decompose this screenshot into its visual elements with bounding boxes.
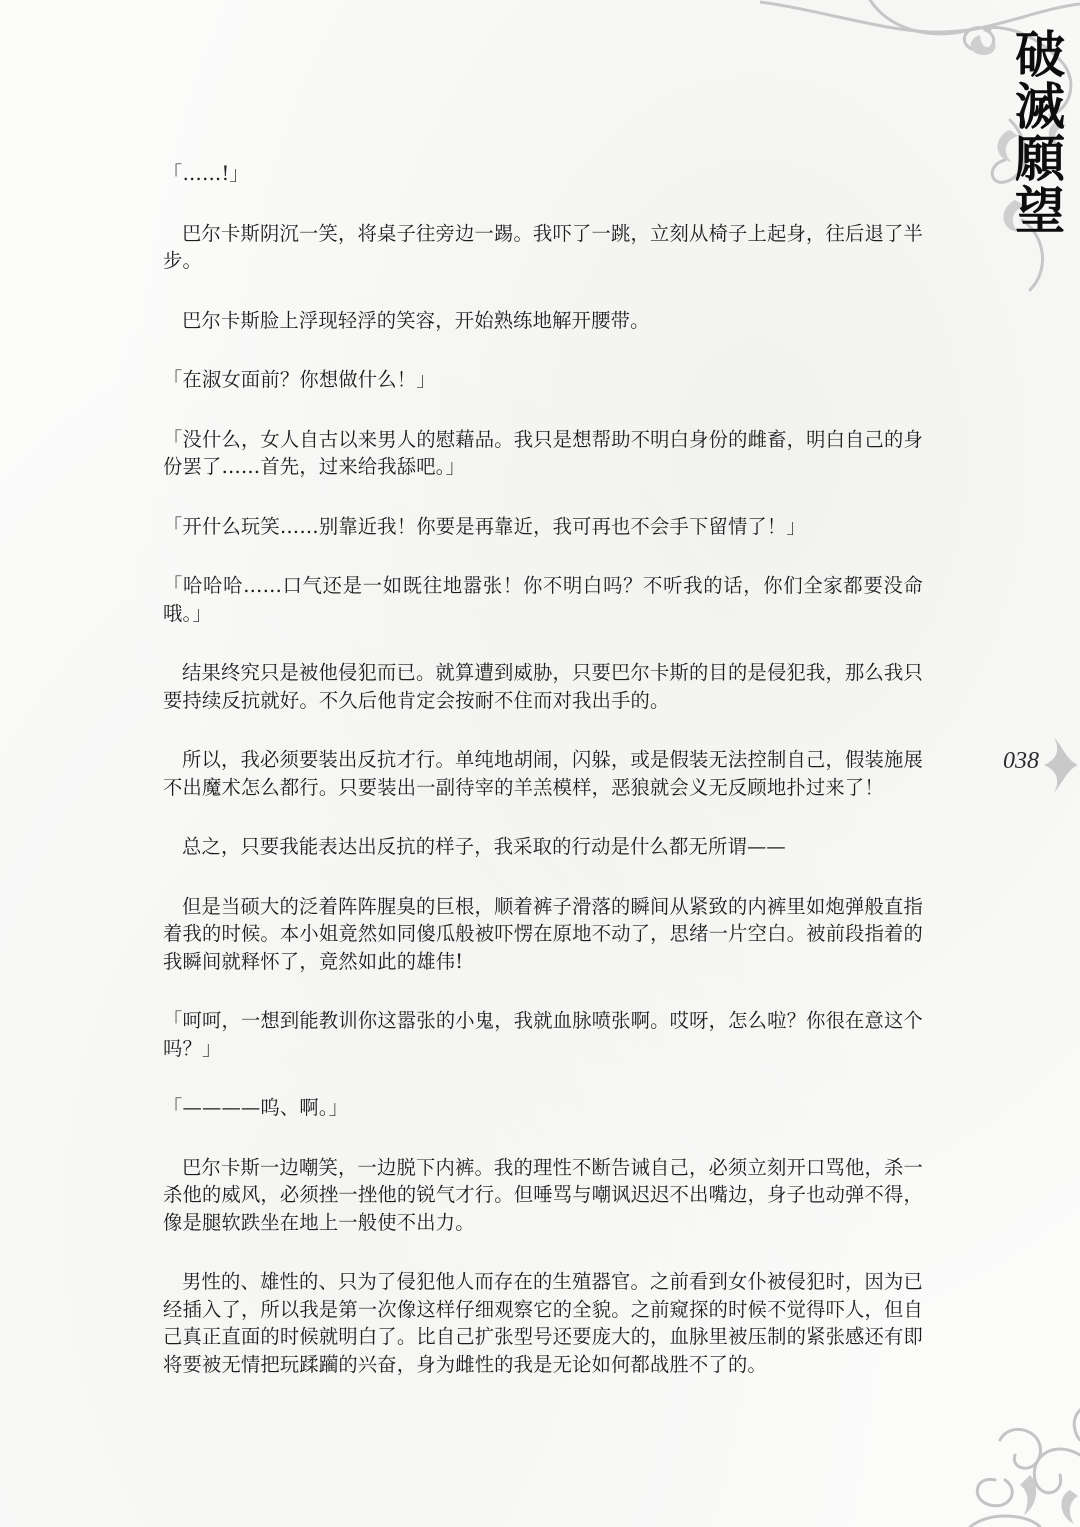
- dialogue-line: 「呵呵，一想到能教训你这嚣张的小鬼，我就血脉喷张啊。哎呀，怎么啦？你很在意这个吗…: [163, 1007, 923, 1062]
- swirl-ornament-bottom-icon: [930, 1380, 1080, 1527]
- narration-paragraph: 总之，只要我能表达出反抗的样子，我采取的行动是什么都无所谓——: [163, 833, 923, 861]
- narration-paragraph: 巴尔卡斯一边嘲笑，一边脱下内裤。我的理性不断告诫自己，必须立刻开口骂他，杀一杀他…: [163, 1154, 923, 1237]
- dialogue-line: 「————呜、啊。」: [163, 1094, 923, 1122]
- page-marker-ornament-icon: [1040, 735, 1080, 795]
- dialogue-line: 「开什么玩笑……别靠近我！你要是再靠近，我可再也不会手下留情了！」: [163, 513, 923, 541]
- narration-paragraph: 巴尔卡斯脸上浮现轻浮的笑容，开始熟练地解开腰带。: [163, 307, 923, 335]
- narration-paragraph: 但是当硕大的泛着阵阵腥臭的巨根，顺着裤子滑落的瞬间从紧致的内裤里如炮弹般直指着我…: [163, 893, 923, 976]
- narration-paragraph: 巴尔卡斯阴沉一笑，将桌子往旁边一踢。我吓了一跳，立刻从椅子上起身，往后退了半步。: [163, 220, 923, 275]
- dialogue-line: 「在淑女面前？你想做什么！」: [163, 366, 923, 394]
- narration-paragraph: 所以，我必须要装出反抗才行。单纯地胡闹，闪躲，或是假装无法控制自己，假装施展不出…: [163, 746, 923, 801]
- dialogue-line: 「……!」: [163, 160, 923, 188]
- page-number: 038: [1003, 748, 1039, 775]
- dialogue-line: 「哈哈哈……口气还是一如既往地嚣张！你不明白吗？不听我的话，你们全家都要没命哦。…: [163, 572, 923, 627]
- narration-paragraph: 男性的、雄性的、只为了侵犯他人而存在的生殖器官。之前看到女仆被侵犯时，因为已经插…: [163, 1268, 923, 1378]
- dialogue-line: 「没什么，女人自古以来男人的慰藉品。我只是想帮助不明白身份的雌畜，明白自己的身份…: [163, 426, 923, 481]
- book-title: 破滅願望: [1005, 28, 1065, 236]
- page-body-text: 「……!」 巴尔卡斯阴沉一笑，将桌子往旁边一踢。我吓了一跳，立刻从椅子上起身，往…: [163, 160, 923, 1410]
- narration-paragraph: 结果终究只是被他侵犯而已。就算遭到威胁，只要巴尔卡斯的目的是侵犯我，那么我只要持…: [163, 659, 923, 714]
